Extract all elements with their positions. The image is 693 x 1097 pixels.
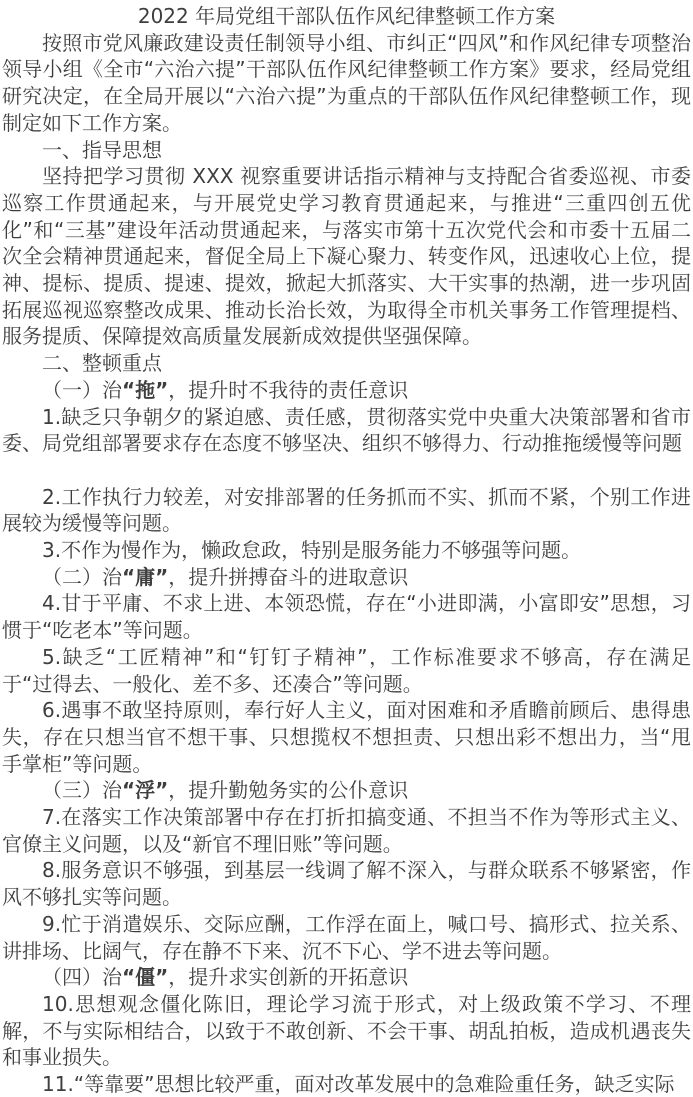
list-item-7: 7.在落实工作决策部署中存在打折扣搞变通、不担当不作为等形式主义、官僚主义问题，… [2,804,691,857]
subheading-suffix: ，提升求实创新的开拓意识 [168,965,408,989]
subheading-quoted-term: “庸” [122,565,168,589]
list-item-5: 5.缺乏“工匠精神”和“钉钉子精神”，工作标准要求不够高，存在满足于“过得去、一… [2,644,691,697]
subheading-quoted-term: “浮” [122,778,168,802]
list-item-4: 4.甘于平庸、不求上进、本领恐慌，存在“小进即满，小富即安”思想，习惯于“吃老本… [2,590,691,643]
list-item-8: 8.服务意识不够强，到基层一线调了解不深入，与群众联系不够紧密，作风不够扎实等问… [2,857,691,910]
subheading-suffix: ，提升拼搏奋斗的进取意识 [168,565,408,589]
subheading-prefix: （一）治 [42,378,122,402]
document-title: 2022 年局党组干部队伍作风纪律整顿工作方案 [2,3,691,30]
list-item-11: 11.“等靠要”思想比较严重，面对改革发展中的急难险重任务，缺乏实际 [2,1071,691,1097]
subsection-heading-4: （四）治“僵”，提升求实创新的开拓意识 [2,964,691,991]
subheading-prefix: （四）治 [42,965,122,989]
list-item-10: 10.思想观念僵化陈旧，理论学习流于形式，对上级政策不学习、不理解，不与实际相结… [2,991,691,1071]
subsection-heading-1: （一）治“拖”，提升时不我待的责任意识 [2,377,691,404]
blank-line [2,457,691,484]
section-heading-rectification-focus: 二、整顿重点 [2,350,691,377]
subheading-prefix: （二）治 [42,565,122,589]
subheading-suffix: ，提升勤勉务实的公仆意识 [168,778,408,802]
paragraph-intro: 按照市党风廉政建设责任制领导小组、市纠正“四风”和作风纪律专项整治领导小组《全市… [2,30,691,137]
subheading-quoted-term: “拖” [122,378,168,402]
subheading-quoted-term: “僵” [122,965,168,989]
list-item-3: 3.不作为慢作为，懒政怠政，特别是服务能力不够强等问题。 [2,537,691,564]
list-item-2: 2.工作执行力较差，对安排部署的任务抓而不实、抓而不紧，个别工作进展较为缓慢等问… [2,484,691,537]
document-page: 2022 年局党组干部队伍作风纪律整顿工作方案 按照市党风廉政建设责任制领导小组… [0,0,693,1097]
list-item-6: 6.遇事不敢坚持原则，奉行好人主义，面对困难和矛盾瞻前顾后、患得患失，存在只想当… [2,697,691,777]
list-item-9: 9.忙于消遣娱乐、交际应酬，工作浮在面上，喊口号、搞形式、拉关系、讲排场、比阔气… [2,911,691,964]
subsection-heading-2: （二）治“庸”，提升拼搏奋斗的进取意识 [2,564,691,591]
paragraph-guiding-ideology: 坚持把学习贯彻 XXX 视察重要讲话指示精神与支持配合省委巡视、市委巡察工作贯通… [2,163,691,350]
list-item-1: 1.缺乏只争朝夕的紧迫感、责任感，贯彻落实党中央重大决策部署和省市委、局党组部署… [2,404,691,457]
subheading-prefix: （三）治 [42,778,122,802]
subheading-suffix: ，提升时不我待的责任意识 [168,378,408,402]
section-heading-guiding-ideology: 一、指导思想 [2,137,691,164]
subsection-heading-3: （三）治“浮”，提升勤勉务实的公仆意识 [2,777,691,804]
